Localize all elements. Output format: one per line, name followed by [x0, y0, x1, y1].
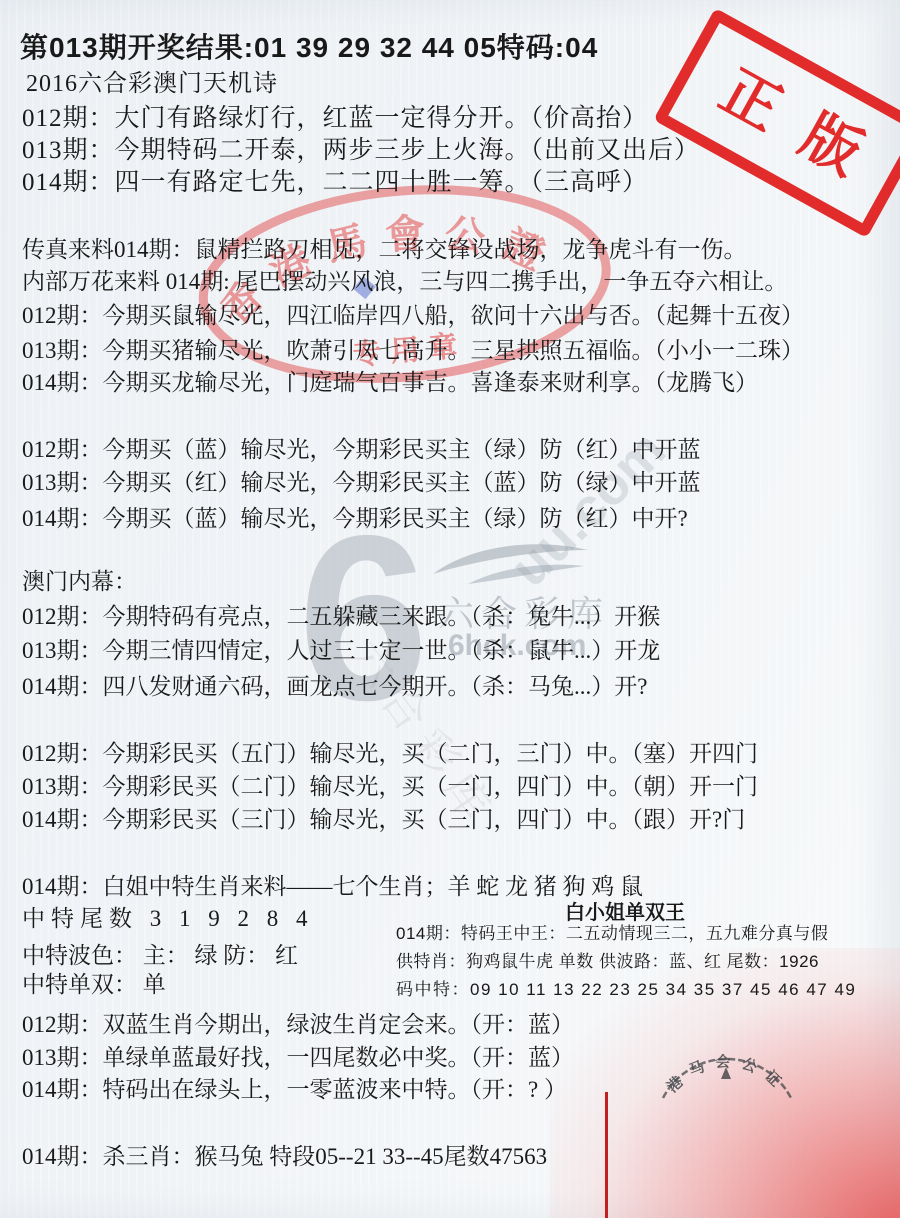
fax-line: 内部万花来料 014期: 尾巴摆动兴风浪，三与四二携手出，一争五夺六相让。	[22, 263, 787, 296]
macau-line: 014期：四八发财通六码，画龙点七今期开。（杀：马兔...）开?	[22, 668, 647, 701]
baixiaojie-line: 供特肖：狗鸡鼠牛虎 单数 供波路：蓝、红 尾数：1926	[396, 947, 819, 972]
fax-line: 012期：今期买鼠输尽光，四江临岸四八船，欲问十六出与否。（起舞十五夜）	[22, 297, 804, 330]
fax-line: 传真来料014期：鼠精拦路刀相见，二将交锋设战场，龙争虎斗有一伤。	[22, 231, 747, 264]
poem-line: 013期：今期特码二开泰，两步三步上火海。（出前又出后）	[22, 130, 700, 166]
zhengban-stamp-text: 正版	[711, 61, 900, 201]
zhengban-stamp: 正版	[653, 8, 900, 238]
gate-line: 012期：今期彩民买（五门）输尽光，买（二门，三门）中。（塞）开四门	[22, 735, 758, 768]
poem-section-title: 2016六合彩澳门天机诗	[26, 63, 278, 98]
notary-arc-stamp: 港马会公证	[645, 1036, 815, 1106]
wave-line: 014期：特码出在绿头上，一零蓝波来中特。（开：? ）	[22, 1071, 567, 1104]
color-bet-line: 012期：今期买（蓝）输尽光，今期彩民买主（绿）防（红）中开蓝	[22, 431, 701, 464]
fax-line: 013期：今期买猪输尽光，吹萧引凤七高升。三星拱照五福临。（小小一二珠）	[22, 332, 804, 365]
color-bet-line: 013期：今期买（红）输尽光，今期彩民买主（蓝）防（绿）中开蓝	[22, 464, 701, 497]
red-divider-line	[605, 1092, 608, 1218]
wave-line: 012期：双蓝生肖今期出，绿波生肖定会来。（开：蓝）	[22, 1006, 574, 1039]
macau-line: 012期：今期特码有亮点，二五躲藏三来跟。（杀：兔牛...）开猴	[22, 598, 660, 631]
draw-result-header: 第013期开奖结果:01 39 29 32 44 05特码:04	[20, 26, 598, 66]
zodiac-line: 014期：白姐中特生肖来料——七个生肖；羊 蛇 龙 猪 狗 鸡 鼠	[22, 868, 643, 901]
poem-line: 014期：四一有路定七先，二二四十胜一筹。（三高呼）	[22, 162, 648, 198]
poem-line: 012期：大门有路绿灯行，红蓝一定得分开。（价高抬）	[22, 98, 648, 134]
swoosh-icon	[428, 536, 598, 588]
fax-line: 014期：今期买龙输尽光，门庭瑞气百事吉。喜逢泰来财利享。（龙腾飞）	[22, 364, 758, 397]
baixiaojie-line: 码中特：09 10 11 13 22 23 25 34 35 37 45 46 …	[396, 975, 856, 1000]
zodiac-line: 中特单双： 单	[22, 966, 166, 999]
gate-line: 013期：今期彩民买（二门）输尽光，买（一门，四门）中。（朝）开一门	[22, 768, 758, 801]
baixiaojie-line: 014期：特码王中王：二五动情现三二，五九难分真与假	[396, 919, 828, 944]
gate-line: 014期：今期彩民买（三门）输尽光，买（三门，四门）中。（跟）开?门	[22, 801, 745, 834]
zodiac-line: 中特尾数 3 1 9 2 8 4	[22, 900, 314, 933]
kill-three-line: 014期：杀三肖：猴马兔 特段05--21 33--45尾数47563	[22, 1138, 547, 1171]
tip-sheet-page: 6 六合彩库 6hck.com uu.com 六合彩库 香港馬會公證 ◆ 专用章…	[0, 0, 900, 1218]
wave-line: 013期：单绿单蓝最好找，一四尾数必中奖。（开：蓝）	[22, 1039, 574, 1072]
macau-section-title: 澳门内幕：	[22, 563, 137, 596]
color-bet-line: 014期：今期买（蓝）输尽光，今期彩民买主（绿）防（红）中开?	[22, 500, 688, 533]
macau-line: 013期：今期三情四情定，人过三十定一世。（杀：鼠牛...）开龙	[22, 632, 660, 665]
